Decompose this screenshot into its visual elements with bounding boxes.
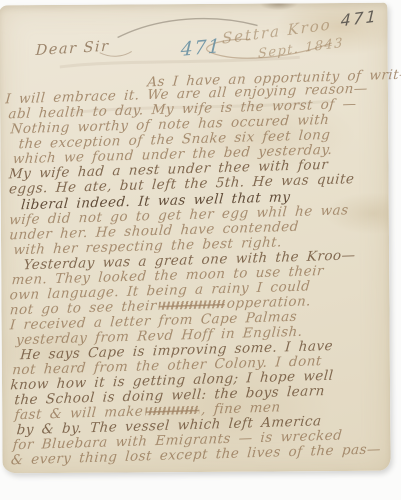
salutation: Dear Sir bbox=[35, 39, 110, 59]
scanned-letter-page: 471 471 Settra Kroo Sept. 1843 Dear Sir … bbox=[0, 0, 401, 500]
scratched-out-word bbox=[145, 406, 200, 416]
letter-paper: 471 471 Settra Kroo Sept. 1843 Dear Sir … bbox=[0, 3, 391, 474]
pencil-page-number: 471 bbox=[340, 6, 379, 30]
scratched-out-word bbox=[159, 300, 226, 310]
blue-page-number: 471 bbox=[180, 35, 222, 61]
letter-body: As I have an opportunity of writ—I will … bbox=[0, 3, 387, 6]
